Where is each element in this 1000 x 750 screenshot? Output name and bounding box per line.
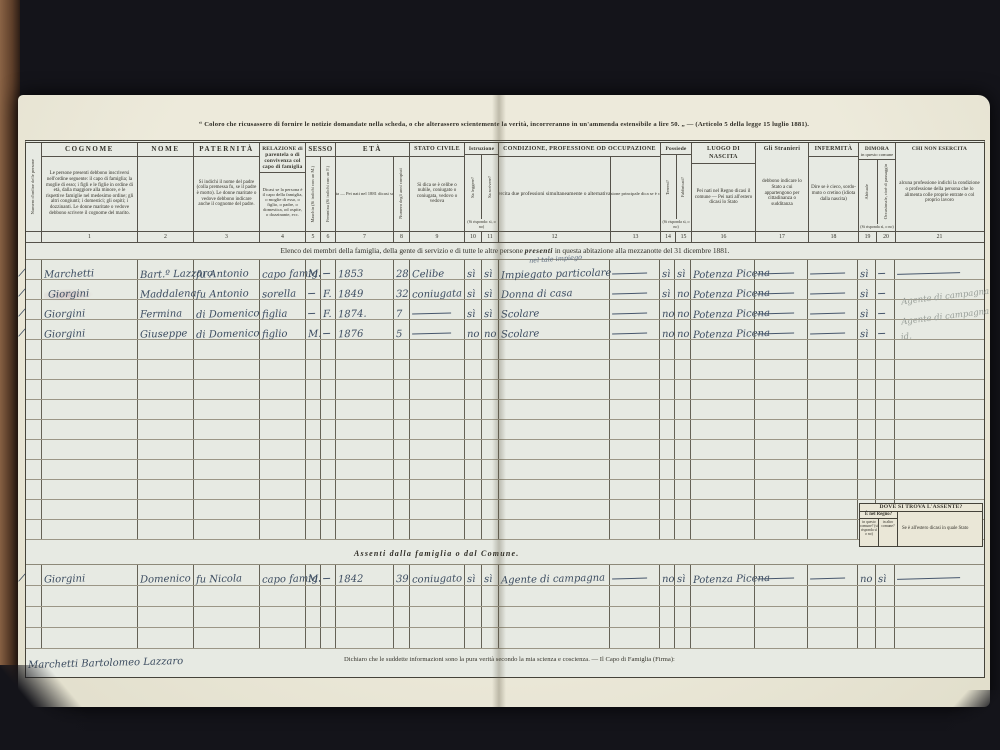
cell-anni: 5 (394, 320, 410, 339)
cell-persona (610, 420, 660, 439)
col-number: 10 (465, 232, 482, 242)
cell-in_questo: no (858, 565, 876, 585)
cell-occasionale (876, 360, 895, 379)
col-istruzione-nota: (Si risponda: sì, o no) (465, 219, 498, 231)
cell-nome (138, 628, 194, 648)
cell-numero (26, 460, 42, 479)
table-row (26, 607, 984, 628)
cell-fabbricati (675, 460, 691, 479)
cell-anni: 7 (394, 300, 410, 319)
cell-infermita (808, 300, 858, 319)
cell-numero (26, 586, 42, 606)
table-row (26, 460, 984, 480)
cell-infermita (808, 260, 858, 279)
cell-stato: coniugata (410, 280, 465, 299)
cell-nome (138, 586, 194, 606)
cell-anno (336, 520, 394, 539)
cell-luogo (691, 400, 755, 419)
cell-paternita: fu Antonio (194, 260, 260, 279)
cell-prof (498, 586, 610, 606)
cell-stranieri (755, 380, 808, 399)
cell-chinon (895, 340, 982, 359)
cell-terreni: sì (660, 260, 675, 279)
col-number: 2 (138, 232, 194, 242)
table-row: ∕GiorginiMaddalenafu AntoniosorellaF.184… (26, 280, 984, 300)
cell-infermita (808, 500, 858, 519)
cell-anni (394, 440, 410, 459)
declaration-text: Dichiaro che le suddette informazioni so… (344, 656, 675, 663)
cell-stato (410, 340, 465, 359)
cell-occasionale (876, 320, 895, 339)
cell-relazione (260, 460, 306, 479)
col-number: 13 (611, 232, 661, 242)
cell-terreni (660, 360, 675, 379)
cell-abituale: sì (858, 280, 876, 299)
cell-leggere (465, 440, 482, 459)
cell-paternita (194, 520, 260, 539)
cell-abituale: sì (858, 260, 876, 279)
assenti-section-title: Assenti dalla famiglia o dal Comune. (354, 549, 519, 558)
col-number: 4 (260, 232, 306, 242)
cell-relazione (260, 480, 306, 499)
cell-in_questo (858, 586, 876, 606)
col-condizione-title: CONDIZIONE, PROFESSIONE OD OCCUPAZIONE (499, 143, 660, 157)
cell-leggere (465, 380, 482, 399)
cell-m (306, 520, 321, 539)
cell-fabbricati (675, 520, 691, 539)
cell-cognome: Marchetti (42, 260, 138, 279)
cell-stranieri (755, 480, 808, 499)
cell-cognome (42, 607, 138, 627)
cell-persona (610, 280, 660, 299)
col-stranieri-desc: debbono indicare lo Stato a cui apparten… (756, 156, 808, 231)
cell-cognome: Giorgini (42, 300, 138, 319)
cell-m (306, 586, 321, 606)
cell-fabbricati: no (675, 300, 691, 319)
cell-luogo (691, 480, 755, 499)
col-condizione: CONDIZIONE, PROFESSIONE OD OCCUPAZIONE Q… (499, 143, 661, 231)
cell-leggere (465, 460, 482, 479)
cell-anni (394, 586, 410, 606)
col-numero: Numero d'ordine delle persone (26, 143, 42, 231)
cell-fabbricati: no (675, 280, 691, 299)
cell-terreni (660, 420, 675, 439)
cell-abituale (858, 340, 876, 359)
cell-anno (336, 628, 394, 648)
cell-scrivere (482, 340, 499, 359)
cell-paternita (194, 628, 260, 648)
cell-infermita (808, 628, 858, 648)
cell-prof: Agente di campagna (498, 565, 610, 585)
col-relazione: RELAZIONE di parentela o di convivenza c… (260, 143, 306, 231)
col-la-persona: LA PERSONA che esercita un commercio o u… (611, 157, 660, 231)
cell-f (321, 360, 336, 379)
cell-occasionale (876, 340, 895, 359)
cell-f (321, 320, 336, 339)
cell-luogo (691, 500, 755, 519)
cell-anno (336, 607, 394, 627)
cell-scrivere: no (482, 320, 499, 339)
cell-luogo (691, 380, 755, 399)
cell-nome (138, 340, 194, 359)
cell-fabbricati (675, 360, 691, 379)
elenco-title: Elenco dei membri della famiglia, della … (26, 243, 984, 260)
col-number: 5 (306, 232, 321, 242)
cell-nome (138, 440, 194, 459)
cell-chinon (895, 380, 982, 399)
cell-numero (26, 607, 42, 627)
col-number (26, 232, 42, 242)
cell-anno (336, 586, 394, 606)
col-luogo-nascita: LUOGO DI NASCITA Pei nati nel Regno dica… (692, 143, 756, 231)
cell-fabbricati (675, 380, 691, 399)
cell-numero (26, 520, 42, 539)
cell-luogo: Potenza Picena (691, 280, 755, 299)
cell-relazione (260, 586, 306, 606)
cell-scrivere (482, 360, 499, 379)
col-relazione-title: RELAZIONE di parentela o di convivenza c… (260, 143, 305, 173)
cell-cognome (42, 480, 138, 499)
cell-anno (336, 500, 394, 519)
cell-terreni (660, 607, 675, 627)
cell-in_questo (858, 607, 876, 627)
cell-anni: 32 (394, 280, 410, 299)
cell-prof (498, 520, 610, 539)
cell-paternita (194, 420, 260, 439)
cell-paternita (194, 460, 260, 479)
cell-terreni (660, 500, 675, 519)
cell-relazione: figlia (260, 300, 306, 319)
cell-persona (610, 565, 660, 585)
col-cognome: COGNOME Le persone presenti debbono insc… (42, 143, 138, 231)
cell-paternita (194, 340, 260, 359)
cell-m (306, 280, 321, 299)
cell-stranieri (755, 440, 808, 459)
cell-terreni (660, 586, 675, 606)
cell-terreni (660, 628, 675, 648)
cell-prof: Donna di casa (498, 280, 610, 299)
col-sesso-m: Maschio (Si indichi con un M.) (306, 157, 321, 231)
col-number: 11 (482, 232, 499, 242)
cell-persona (610, 607, 660, 627)
cell-paternita: di Domenico (194, 300, 260, 319)
cell-scrivere: sì (482, 260, 499, 279)
cell-occasionale (876, 460, 895, 479)
cell-fabbricati (675, 500, 691, 519)
col-cognome-desc: Le persone presenti debbono inscriversi … (42, 157, 137, 231)
column-numbers-row: 123456789101112131415161718192021 (26, 232, 984, 243)
cell-paternita (194, 380, 260, 399)
cell-terreni: no (660, 320, 675, 339)
col-sesso-f: Femmina (Si indichi con un F.) (321, 157, 335, 231)
cell-abituale (858, 460, 876, 479)
cell-nome: Maddalena (138, 280, 194, 299)
col-number: 20 (877, 232, 896, 242)
cell-fabbricati (675, 340, 691, 359)
cell-terreni: no (660, 300, 675, 319)
cell-infermita (808, 607, 858, 627)
cell-luogo: Potenza Picena (691, 300, 755, 319)
cell-numero (26, 340, 42, 359)
cell-stato: coniugato (410, 565, 465, 585)
cell-luogo: Potenza Picena (691, 565, 755, 585)
cell-anni (394, 607, 410, 627)
cell-numero: ∕ (26, 280, 42, 299)
cell-m (306, 480, 321, 499)
cell-occasionale (876, 380, 895, 399)
cell-relazione: sorella (260, 280, 306, 299)
cell-abituale (858, 400, 876, 419)
cell-scrivere: sì (482, 300, 499, 319)
col-paternita-desc: Si indichi il nome del padre (colla prem… (194, 157, 259, 231)
cell-stato (410, 400, 465, 419)
cell-terreni (660, 400, 675, 419)
cell-infermita (808, 460, 858, 479)
cell-scrivere (482, 460, 499, 479)
cell-prof (498, 628, 610, 648)
cell-nome: Bart.º Lazzaro (138, 260, 194, 279)
cell-fabbricati (675, 628, 691, 648)
col-paternita-title: PATERNITÀ (194, 143, 259, 157)
cell-nome (138, 420, 194, 439)
cell-estero (895, 565, 982, 585)
cell-relazione (260, 500, 306, 519)
cell-m (306, 380, 321, 399)
cell-paternita: fu Antonio (194, 280, 260, 299)
col-number: 12 (499, 232, 611, 242)
cell-numero (26, 360, 42, 379)
col-possiede: Possiede Terreni? Fabbricati? (Si rispon… (661, 143, 692, 231)
cell-scrivere: sì (482, 565, 499, 585)
col-sesso: SESSO Maschio (Si indichi con un M.) Fem… (306, 143, 336, 231)
cell-numero (26, 380, 42, 399)
cell-stato (410, 520, 465, 539)
cell-leggere (465, 607, 482, 627)
cell-luogo (691, 628, 755, 648)
col-chinon-title: CHI NON ESERCITA (896, 143, 983, 154)
dove-si-trova-box: DOVE SI TROVA L'ASSENTE? È nel Regno? in… (859, 503, 983, 547)
cell-infermita (808, 380, 858, 399)
cell-terreni (660, 340, 675, 359)
cell-prof (498, 480, 610, 499)
cell-f (321, 628, 336, 648)
cell-anno (336, 480, 394, 499)
table-row (26, 360, 984, 380)
cell-leggere (465, 340, 482, 359)
cell-luogo (691, 340, 755, 359)
table-header: Numero d'ordine delle persone COGNOME Le… (26, 143, 984, 232)
cell-scrivere (482, 440, 499, 459)
cell-leggere (465, 500, 482, 519)
cell-paternita (194, 480, 260, 499)
table-row (26, 440, 984, 460)
cell-abituale (858, 440, 876, 459)
table-row (26, 480, 984, 500)
col-chinon-desc: alcuna professione indichi la condizione… (896, 154, 983, 231)
cell-relazione (260, 628, 306, 648)
cell-m (306, 400, 321, 419)
cell-fabbricati: sì (675, 260, 691, 279)
cell-anni (394, 420, 410, 439)
cell-scrivere (482, 500, 499, 519)
col-infermita-desc: Dire se è cieco, sordo-muto o cretino (i… (809, 157, 858, 231)
cell-prof (498, 460, 610, 479)
cell-f: F. (321, 300, 336, 319)
cell-terreni: sì (660, 280, 675, 299)
cell-estero (895, 628, 982, 648)
cell-stranieri (755, 500, 808, 519)
cell-infermita (808, 340, 858, 359)
cell-in_altro (876, 586, 895, 606)
dove-box-questo: in questo comune? (si risponda sì o no) (860, 519, 879, 546)
cell-chinon (895, 360, 982, 379)
col-number: 8 (394, 232, 410, 242)
cell-stranieri (755, 607, 808, 627)
cell-numero (26, 480, 42, 499)
cell-cognome (42, 500, 138, 519)
cell-nome (138, 460, 194, 479)
cell-infermita (808, 280, 858, 299)
cell-f (321, 460, 336, 479)
cell-anno: 1876 (336, 320, 394, 339)
col-number: 1 (42, 232, 138, 242)
cell-stato (410, 300, 465, 319)
cell-terreni (660, 380, 675, 399)
cell-m (306, 360, 321, 379)
cell-f (321, 500, 336, 519)
cell-anno (336, 400, 394, 419)
cell-leggere (465, 420, 482, 439)
cell-in_altro: sì (876, 565, 895, 585)
cell-persona (610, 260, 660, 279)
cell-anno (336, 340, 394, 359)
declaration-row: Dichiaro che le suddette informazioni so… (26, 649, 984, 677)
cell-leggere: sì (465, 280, 482, 299)
cell-stato (410, 360, 465, 379)
cell-stranieri (755, 360, 808, 379)
cell-f (321, 480, 336, 499)
table-row (26, 500, 984, 520)
cell-luogo: Potenza Picena (691, 320, 755, 339)
col-number: 17 (756, 232, 809, 242)
cell-stranieri (755, 628, 808, 648)
cell-fabbricati: no (675, 320, 691, 339)
cell-relazione (260, 440, 306, 459)
col-luogo-desc: Pei nati nel Regno dicasi il comune — Pe… (692, 164, 755, 231)
cell-f (321, 420, 336, 439)
cell-stranieri (755, 420, 808, 439)
cell-luogo (691, 586, 755, 606)
cell-anno: 1849 (336, 280, 394, 299)
col-dimora: DIMORAin questo comune Abituale Occasion… (859, 143, 896, 231)
cell-persona (610, 380, 660, 399)
cell-numero (26, 440, 42, 459)
col-infermita-title: INFERMITÀ (809, 143, 858, 157)
col-stato-desc: Si dica se è celibe o nubile, coniugato … (410, 157, 464, 231)
cell-persona (610, 400, 660, 419)
cell-cognome (42, 380, 138, 399)
cell-anno: 1842 (336, 565, 394, 585)
cell-cognome (42, 340, 138, 359)
cell-m (306, 500, 321, 519)
cell-luogo: Potenza Picena (691, 260, 755, 279)
cell-persona (610, 300, 660, 319)
cell-paternita: di Domenico (194, 320, 260, 339)
cell-scrivere (482, 628, 499, 648)
cell-infermita (808, 420, 858, 439)
desk-wood-edge (0, 0, 20, 750)
col-stranieri: Gli Stranieri debbono indicare lo Stato … (756, 143, 809, 231)
table-row (26, 340, 984, 360)
signature: Marchetti Bartolomeo Lazzaro (28, 656, 183, 671)
cell-paternita (194, 360, 260, 379)
cell-relazione: figlio (260, 320, 306, 339)
cell-m (306, 607, 321, 627)
cell-f (321, 400, 336, 419)
cell-cognome (42, 440, 138, 459)
cell-anno: 1874. (336, 300, 394, 319)
col-eta-title: ETÀ (336, 143, 409, 157)
col-number: 16 (692, 232, 756, 242)
cell-infermita (808, 480, 858, 499)
col-relazione-desc: Dicasi se la persona è il capo della fam… (260, 173, 305, 231)
col-stranieri-title: Gli Stranieri (756, 143, 808, 156)
col-dimora-nota: (Si risponda sì, o no) (859, 224, 895, 231)
cell-scrivere (482, 607, 499, 627)
cell-prof: Scolare (498, 320, 610, 339)
assenti-rows: ∕GiorginiDomenicofu Nicolacapo famig.M.1… (26, 565, 984, 649)
cell-anno (336, 420, 394, 439)
cell-numero: ∕ (26, 300, 42, 319)
cell-relazione (260, 520, 306, 539)
col-number: 7 (336, 232, 394, 242)
cell-prof (498, 607, 610, 627)
cell-persona (610, 628, 660, 648)
cell-persona (610, 586, 660, 606)
col-infermita: INFERMITÀ Dire se è cieco, sordo-muto o … (809, 143, 859, 231)
cell-anno: 1853 (336, 260, 394, 279)
cell-anno (336, 460, 394, 479)
cell-scrivere: sì (482, 280, 499, 299)
cell-chinon (895, 460, 982, 479)
cell-persona (610, 360, 660, 379)
cell-chinon (895, 440, 982, 459)
cell-cognome (42, 460, 138, 479)
cell-estero (895, 607, 982, 627)
cell-fabbricati (675, 480, 691, 499)
cell-anni (394, 480, 410, 499)
cell-fabbricati (675, 440, 691, 459)
cell-m: M. (306, 565, 321, 585)
cell-fabbricati (675, 420, 691, 439)
col-numero-label: Numero d'ordine delle persone (31, 159, 36, 214)
cell-f (321, 565, 336, 585)
cell-leggere: no (465, 320, 482, 339)
cell-relazione: capo famig. (260, 565, 306, 585)
cell-anni (394, 380, 410, 399)
cell-terreni (660, 520, 675, 539)
cell-persona (610, 520, 660, 539)
cell-anni (394, 460, 410, 479)
cell-prof (498, 360, 610, 379)
cell-infermita (808, 360, 858, 379)
cell-m (306, 300, 321, 319)
penalty-note: “ Coloro che ricusassero di fornire le n… (25, 121, 983, 128)
cell-leggere: sì (465, 565, 482, 585)
cell-cognome (42, 520, 138, 539)
cell-anni (394, 400, 410, 419)
cell-anno (336, 360, 394, 379)
